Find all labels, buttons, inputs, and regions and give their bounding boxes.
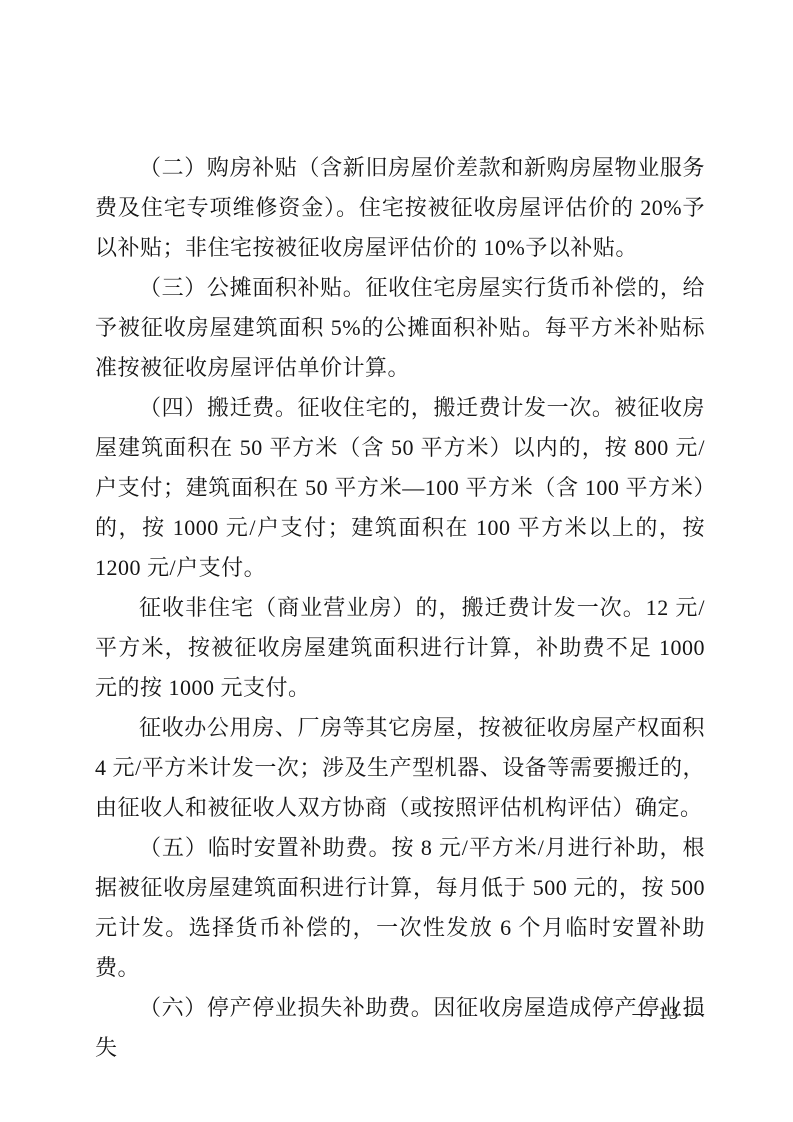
- paragraph-business-loss-subsidy: （六）停产停业损失补助费。因征收房屋造成停产停业损失: [95, 988, 705, 1068]
- page-number: — 13 —: [95, 1001, 705, 1027]
- document-page: （二）购房补贴（含新旧房屋价差款和新购房屋物业服务费及住宅专项维修资金）。住宅按…: [0, 0, 793, 1122]
- paragraph-temporary-resettlement-subsidy: （五）临时安置补助费。按 8 元/平方米/月进行补助，根据被征收房屋建筑面积进行…: [95, 828, 705, 988]
- paragraph-relocation-fee-other: 征收办公用房、厂房等其它房屋，按被征收房屋产权面积 4 元/平方米计发一次；涉及…: [95, 708, 705, 828]
- paragraph-purchase-subsidy: （二）购房补贴（含新旧房屋价差款和新购房屋物业服务费及住宅专项维修资金）。住宅按…: [95, 148, 705, 268]
- paragraph-relocation-fee-commercial: 征收非住宅（商业营业房）的，搬迁费计发一次。12 元/平方米，按被征收房屋建筑面…: [95, 588, 705, 708]
- paragraph-shared-area-subsidy: （三）公摊面积补贴。征收住宅房屋实行货币补偿的，给予被征收房屋建筑面积 5%的公…: [95, 268, 705, 388]
- paragraph-relocation-fee-residential: （四）搬迁费。征收住宅的，搬迁费计发一次。被征收房屋建筑面积在 50 平方米（含…: [95, 388, 705, 588]
- document-body: （二）购房补贴（含新旧房屋价差款和新购房屋物业服务费及住宅专项维修资金）。住宅按…: [95, 148, 705, 1068]
